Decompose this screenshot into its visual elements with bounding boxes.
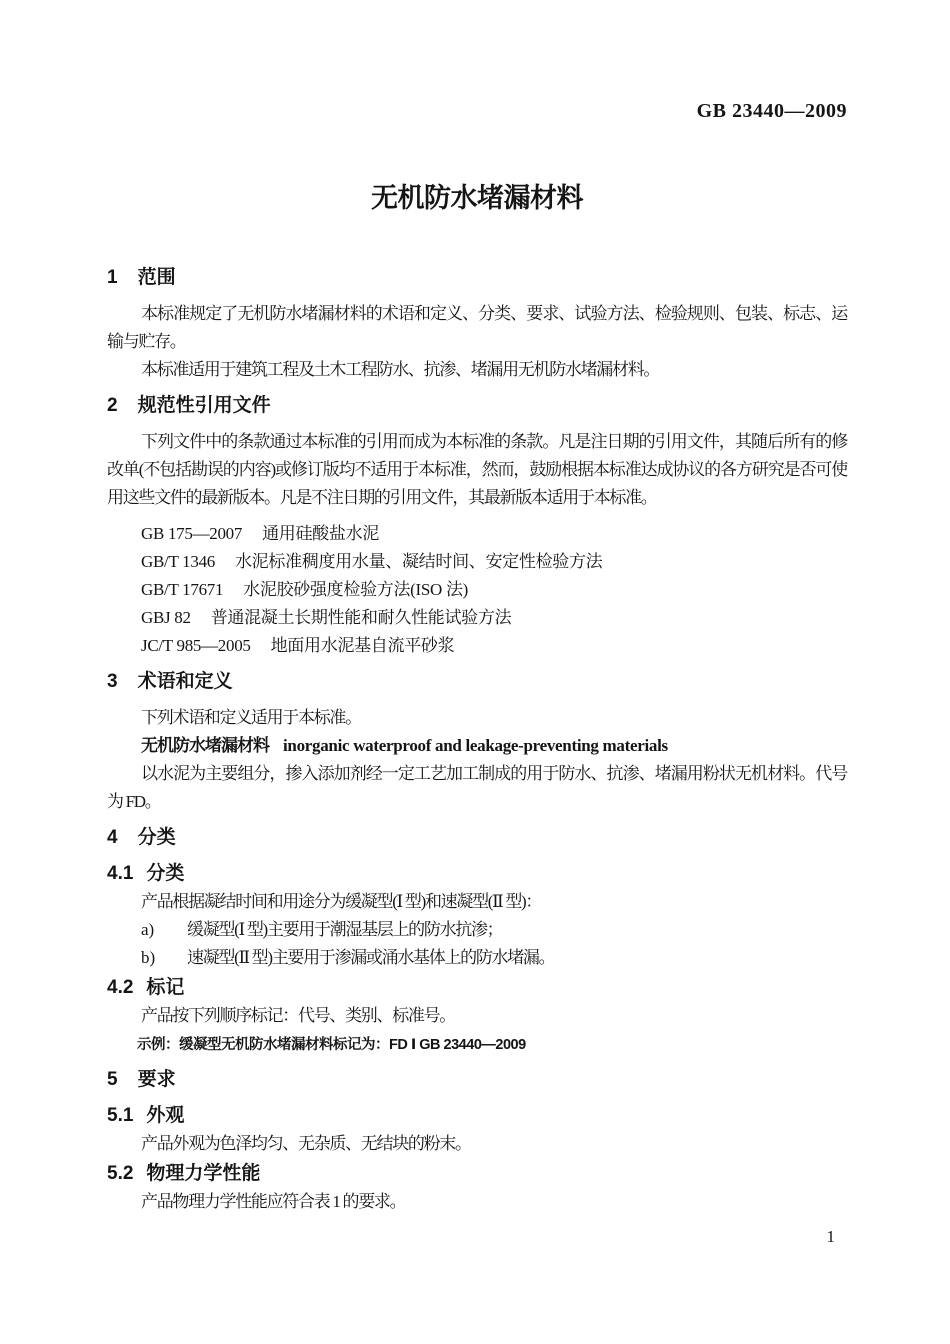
section-4-title: 分类	[138, 827, 176, 848]
reference-item: GB/T 17671水泥胶砂强度检验方法(ISO 法)	[107, 576, 847, 604]
term-definition-line: 无机防水堵漏材料inorganic waterproof and leakage…	[107, 732, 847, 760]
reference-item: GB 175—2007通用硅酸盐水泥	[107, 520, 847, 548]
section-3-heading: 3术语和定义	[107, 668, 847, 696]
reference-title: 水泥标准稠度用水量、凝结时间、安定性检验方法	[235, 552, 602, 571]
section-5-2-heading: 5.2物理力学性能	[107, 1160, 847, 1188]
reference-item: GB/T 1346水泥标准稠度用水量、凝结时间、安定性检验方法	[107, 548, 847, 576]
list-label-b: b)	[141, 944, 187, 972]
list-item-a: a)缓凝型(Ⅰ 型)主要用于潮湿基层上的防水抗渗；	[107, 916, 847, 944]
document-page: GB 23440—2009 无机防水堵漏材料 1范围 本标准规定了无机防水堵漏材…	[0, 0, 950, 1344]
list-item-b: b)速凝型(Ⅱ 型)主要用于渗漏或涌水基体上的防水堵漏。	[107, 944, 847, 972]
section-4-1-title: 分类	[146, 863, 184, 884]
section-4-number: 4	[107, 827, 118, 848]
section-2-paragraph-1: 下列文件中的条款通过本标准的引用而成为本标准的条款。凡是注日期的引用文件，其随后…	[107, 428, 847, 512]
section-4-2-title: 标记	[146, 977, 184, 998]
section-5-1-number: 5.1	[107, 1105, 133, 1126]
section-5-2-paragraph-1: 产品物理力学性能应符合表 1 的要求。	[107, 1188, 847, 1216]
document-content: GB 23440—2009 无机防水堵漏材料 1范围 本标准规定了无机防水堵漏材…	[107, 100, 847, 1216]
reference-title: 水泥胶砂强度检验方法(ISO 法)	[243, 580, 468, 599]
section-1-paragraph-2: 本标准适用于建筑工程及土木工程防水、抗渗、堵漏用无机防水堵漏材料。	[107, 356, 847, 384]
example-note: 示例：缓凝型无机防水堵漏材料标记为：FD Ⅰ GB 23440—2009	[107, 1032, 847, 1058]
reference-code: GBJ 82	[141, 608, 191, 627]
reference-code: GB/T 17671	[141, 580, 223, 599]
list-label-a: a)	[141, 916, 187, 944]
section-5-2-title: 物理力学性能	[146, 1163, 260, 1184]
normative-references-list: GB 175—2007通用硅酸盐水泥 GB/T 1346水泥标准稠度用水量、凝结…	[107, 520, 847, 660]
section-4-heading: 4分类	[107, 824, 847, 852]
section-2-heading: 2规范性引用文件	[107, 392, 847, 420]
section-5-title: 要求	[138, 1069, 176, 1090]
page-number: 1	[827, 1227, 836, 1247]
section-5-1-title: 外观	[146, 1105, 184, 1126]
section-3-number: 3	[107, 671, 118, 692]
section-5-1-paragraph-1: 产品外观为色泽均匀、无杂质、无结块的粉末。	[107, 1130, 847, 1158]
list-text-b: 速凝型(Ⅱ 型)主要用于渗漏或涌水基体上的防水堵漏。	[187, 948, 554, 967]
document-title: 无机防水堵漏材料	[107, 178, 847, 218]
standard-number: GB 23440—2009	[107, 100, 847, 122]
section-4-1-number: 4.1	[107, 863, 133, 884]
section-2-title: 规范性引用文件	[138, 395, 271, 416]
section-1-paragraph-1: 本标准规定了无机防水堵漏材料的术语和定义、分类、要求、试验方法、检验规则、包装、…	[107, 300, 847, 356]
list-text-a: 缓凝型(Ⅰ 型)主要用于潮湿基层上的防水抗渗；	[187, 920, 502, 939]
reference-title: 普通混凝土长期性能和耐久性能试验方法	[211, 608, 512, 627]
section-5-2-number: 5.2	[107, 1163, 133, 1184]
section-4-2-paragraph-1: 产品按下列顺序标记：代号、类别、标准号。	[107, 1002, 847, 1030]
reference-title: 通用硅酸盐水泥	[262, 524, 379, 543]
term-chinese: 无机防水堵漏材料	[141, 736, 269, 755]
reference-item: JC/T 985—2005地面用水泥基自流平砂浆	[107, 632, 847, 660]
section-4-2-heading: 4.2标记	[107, 974, 847, 1002]
section-1-number: 1	[107, 267, 118, 288]
section-3-paragraph-2: 以水泥为主要组分，掺入添加剂经一定工艺加工制成的用于防水、抗渗、堵漏用粉状无机材…	[107, 760, 847, 816]
section-1-heading: 1范围	[107, 264, 847, 292]
section-5-number: 5	[107, 1069, 118, 1090]
reference-item: GBJ 82普通混凝土长期性能和耐久性能试验方法	[107, 604, 847, 632]
section-4-2-number: 4.2	[107, 977, 133, 998]
term-english: inorganic waterproof and leakage-prevent…	[283, 736, 668, 755]
reference-code: GB 175—2007	[141, 524, 242, 543]
section-3-paragraph-1: 下列术语和定义适用于本标准。	[107, 704, 847, 732]
section-1-title: 范围	[138, 267, 176, 288]
section-5-heading: 5要求	[107, 1066, 847, 1094]
section-2-number: 2	[107, 395, 118, 416]
section-3-title: 术语和定义	[138, 671, 233, 692]
reference-title: 地面用水泥基自流平砂浆	[271, 636, 455, 655]
reference-code: JC/T 985—2005	[141, 636, 251, 655]
section-5-1-heading: 5.1外观	[107, 1102, 847, 1130]
reference-code: GB/T 1346	[141, 552, 215, 571]
section-4-1-paragraph-1: 产品根据凝结时间和用途分为缓凝型(Ⅰ 型)和速凝型(Ⅱ 型)：	[107, 888, 847, 916]
section-4-1-heading: 4.1分类	[107, 860, 847, 888]
